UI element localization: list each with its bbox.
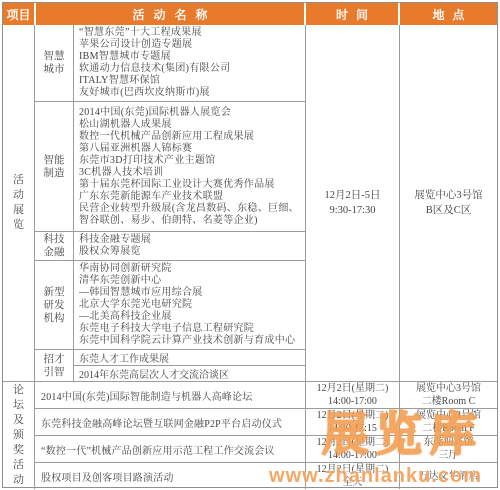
- forum-name: 东莞科技金融高峰论坛暨互联网金融P2P平台启动仪式: [35, 409, 306, 435]
- forum-place: 展览中心3号馆 二楼Room F: [400, 409, 497, 435]
- list-item: —北美高科技企业展: [79, 311, 300, 323]
- group-tech-finance-category: 科技金融: [35, 232, 74, 260]
- header-project: 项目: [3, 3, 34, 25]
- list-item: ITALY智慧环保馆: [79, 75, 300, 87]
- list-item: 友好城市(巴西坎皮纳斯市)展: [79, 87, 300, 99]
- list-item: 松山湖机器人成果展: [79, 119, 300, 131]
- table-row: “数控一代”机械产品创新应用示范工程工作交流会议 12月2日(星期二) 14:0…: [35, 435, 497, 462]
- group-smart-city: 智慧城市 “智慧东莞”十大工程成果展 苹果公司设计创造专题展 IBM智慧城市专题…: [35, 25, 305, 101]
- section-forums-label: 论坛及颁奖活动: [13, 383, 25, 488]
- schedule-table-page: 项目 活动名称 时间 地点 活动展览 智慧城市 “智慧东莞”十大工程成果展 苹果…: [0, 0, 500, 490]
- exhibition-groups: 智慧城市 “智慧东莞”十大工程成果展 苹果公司设计创造专题展 IBM智慧城市专题…: [35, 25, 306, 381]
- group-tech-finance-items: 科技金融专题展 股权众筹展览: [74, 232, 305, 260]
- header-time: 时间: [306, 3, 398, 25]
- header-activity-name: 活动名称: [36, 3, 304, 25]
- group-tech-finance: 科技金融 科技金融专题展 股权众筹展览: [35, 231, 305, 260]
- list-item: 数控一代机械产品创新应用工程成果展: [79, 131, 300, 143]
- forum-name: 股权项目及创客项目路演活动: [35, 463, 306, 489]
- forum-name: “数控一代”机械产品创新应用示范工程工作交流会议: [35, 436, 306, 462]
- list-item: 2014年东莞高层次人才交流洽谈区: [74, 365, 305, 381]
- list-item: 第十届东莞杯国际工业设计大赛优秀作品展: [79, 179, 300, 191]
- activity-schedule-table: 项目 活动名称 时间 地点 活动展览 智慧城市 “智慧东莞”十大工程成果展 苹果…: [2, 2, 498, 488]
- list-item: 科技金融专题展: [79, 234, 300, 246]
- list-item: 东莞电子科技大学电子信息工程研究院: [79, 323, 300, 335]
- forum-time: 12月2日(星期二) 14:30-17:15: [306, 409, 400, 435]
- list-item: 东莞人才工作成果展: [74, 350, 305, 365]
- group-talent-recruitment-category: 招才引智: [35, 350, 74, 381]
- table-header-row: 项目 活动名称 时间 地点: [3, 3, 497, 25]
- table-row: 股权项目及创客项目路演活动 12月2日(星期二) 全天 万达文华酒店: [35, 462, 497, 489]
- group-new-rd-institutions-category: 新型研发机构: [35, 261, 74, 349]
- list-item: IBM智慧城市专题展: [79, 51, 300, 63]
- list-item: 北京大学东莞光电研究院: [79, 299, 300, 311]
- group-talent-recruitment-items: 东莞人才工作成果展 2014年东莞高层次人才交流洽谈区: [74, 350, 305, 381]
- table-row: 东莞科技金融高峰论坛暨互联网金融P2P平台启动仪式 12月2日(星期二) 14:…: [35, 408, 497, 435]
- list-item: 华南协同创新研究院: [79, 263, 300, 275]
- section-exhibitions-label: 活动展览: [13, 173, 25, 233]
- list-item: 2014中国(东莞)国际机器人展览会: [79, 107, 300, 119]
- forum-time: 12月2日(星期二) 全天: [306, 463, 400, 489]
- section-forums-label-cell: 论坛及颁奖活动: [3, 382, 35, 489]
- list-item: 软通动力信息技术(集团)有限公司: [79, 63, 300, 75]
- header-place: 地点: [400, 3, 497, 25]
- forum-place: 展览中心3号馆 二楼Room C: [400, 382, 497, 408]
- forum-place: 东莞迎宾馆 三厅: [400, 436, 497, 462]
- list-item: 第八届亚洲机器人锦标赛: [79, 143, 300, 155]
- group-smart-manufacturing: 智能制造 2014中国(东莞)国际机器人展览会 松山湖机器人成果展 数控一代机械…: [35, 101, 305, 231]
- group-smart-manufacturing-items: 2014中国(东莞)国际机器人展览会 松山湖机器人成果展 数控一代机械产品创新应…: [74, 102, 305, 231]
- group-smart-city-category: 智慧城市: [35, 25, 74, 101]
- list-item: 东莞市3D打印技术产业主题馆: [79, 155, 300, 167]
- list-item: 苹果公司设计创造专题展: [79, 39, 300, 51]
- forum-place: 万达文华酒店: [400, 463, 497, 489]
- group-new-rd-institutions-items: 华南协同创新研究院 清华东莞创新中心 —韩国智慧城市应用综合展 北京大学东莞光电…: [74, 261, 305, 349]
- exhibition-place-cell: 展览中心3号馆 B区及C区: [400, 25, 497, 381]
- list-item: 民营企业转型升级展(含龙昌数码、东稳、巨细、智谷联创、易步、伯朗特、名菱等企业): [79, 203, 300, 227]
- group-new-rd-institutions: 新型研发机构 华南协同创新研究院 清华东莞创新中心 —韩国智慧城市应用综合展 北…: [35, 260, 305, 349]
- section-exhibitions-label-cell: 活动展览: [3, 25, 35, 381]
- forum-name: 2014中国(东莞)国际智能制造与机器人高峰论坛: [35, 382, 306, 408]
- list-item: 东莞中国科学院云计算产业技术创新与育成中心: [79, 335, 300, 347]
- section-exhibitions: 活动展览 智慧城市 “智慧东莞”十大工程成果展 苹果公司设计创造专题展 IBM智…: [3, 25, 497, 381]
- list-item: —韩国智慧城市应用综合展: [79, 287, 300, 299]
- table-row: 2014中国(东莞)国际智能制造与机器人高峰论坛 12月2日(星期二) 14:0…: [35, 382, 497, 408]
- list-item: 股权众筹展览: [79, 246, 300, 258]
- group-smart-manufacturing-category: 智能制造: [35, 102, 74, 231]
- list-item: 清华东莞创新中心: [79, 275, 300, 287]
- list-item: “智慧东莞”十大工程成果展: [79, 27, 300, 39]
- list-item: 广东东莞新能源车产业技术联盟: [79, 191, 300, 203]
- group-smart-city-items: “智慧东莞”十大工程成果展 苹果公司设计创造专题展 IBM智慧城市专题展 软通动…: [74, 25, 305, 101]
- exhibition-time-cell: 12月2日-5日 9:30-17:30: [306, 25, 400, 381]
- forum-rows: 2014中国(东莞)国际智能制造与机器人高峰论坛 12月2日(星期二) 14:0…: [35, 382, 497, 489]
- forum-time: 12月2日(星期二) 14:00-17:00: [306, 382, 400, 408]
- list-item: 3C机器人技术培训: [79, 167, 300, 179]
- section-forums: 论坛及颁奖活动 2014中国(东莞)国际智能制造与机器人高峰论坛 12月2日(星…: [3, 381, 497, 489]
- forum-time: 12月2日(星期二) 14:00-17:00: [306, 436, 400, 462]
- group-talent-recruitment: 招才引智 东莞人才工作成果展 2014年东莞高层次人才交流洽谈区: [35, 349, 305, 381]
